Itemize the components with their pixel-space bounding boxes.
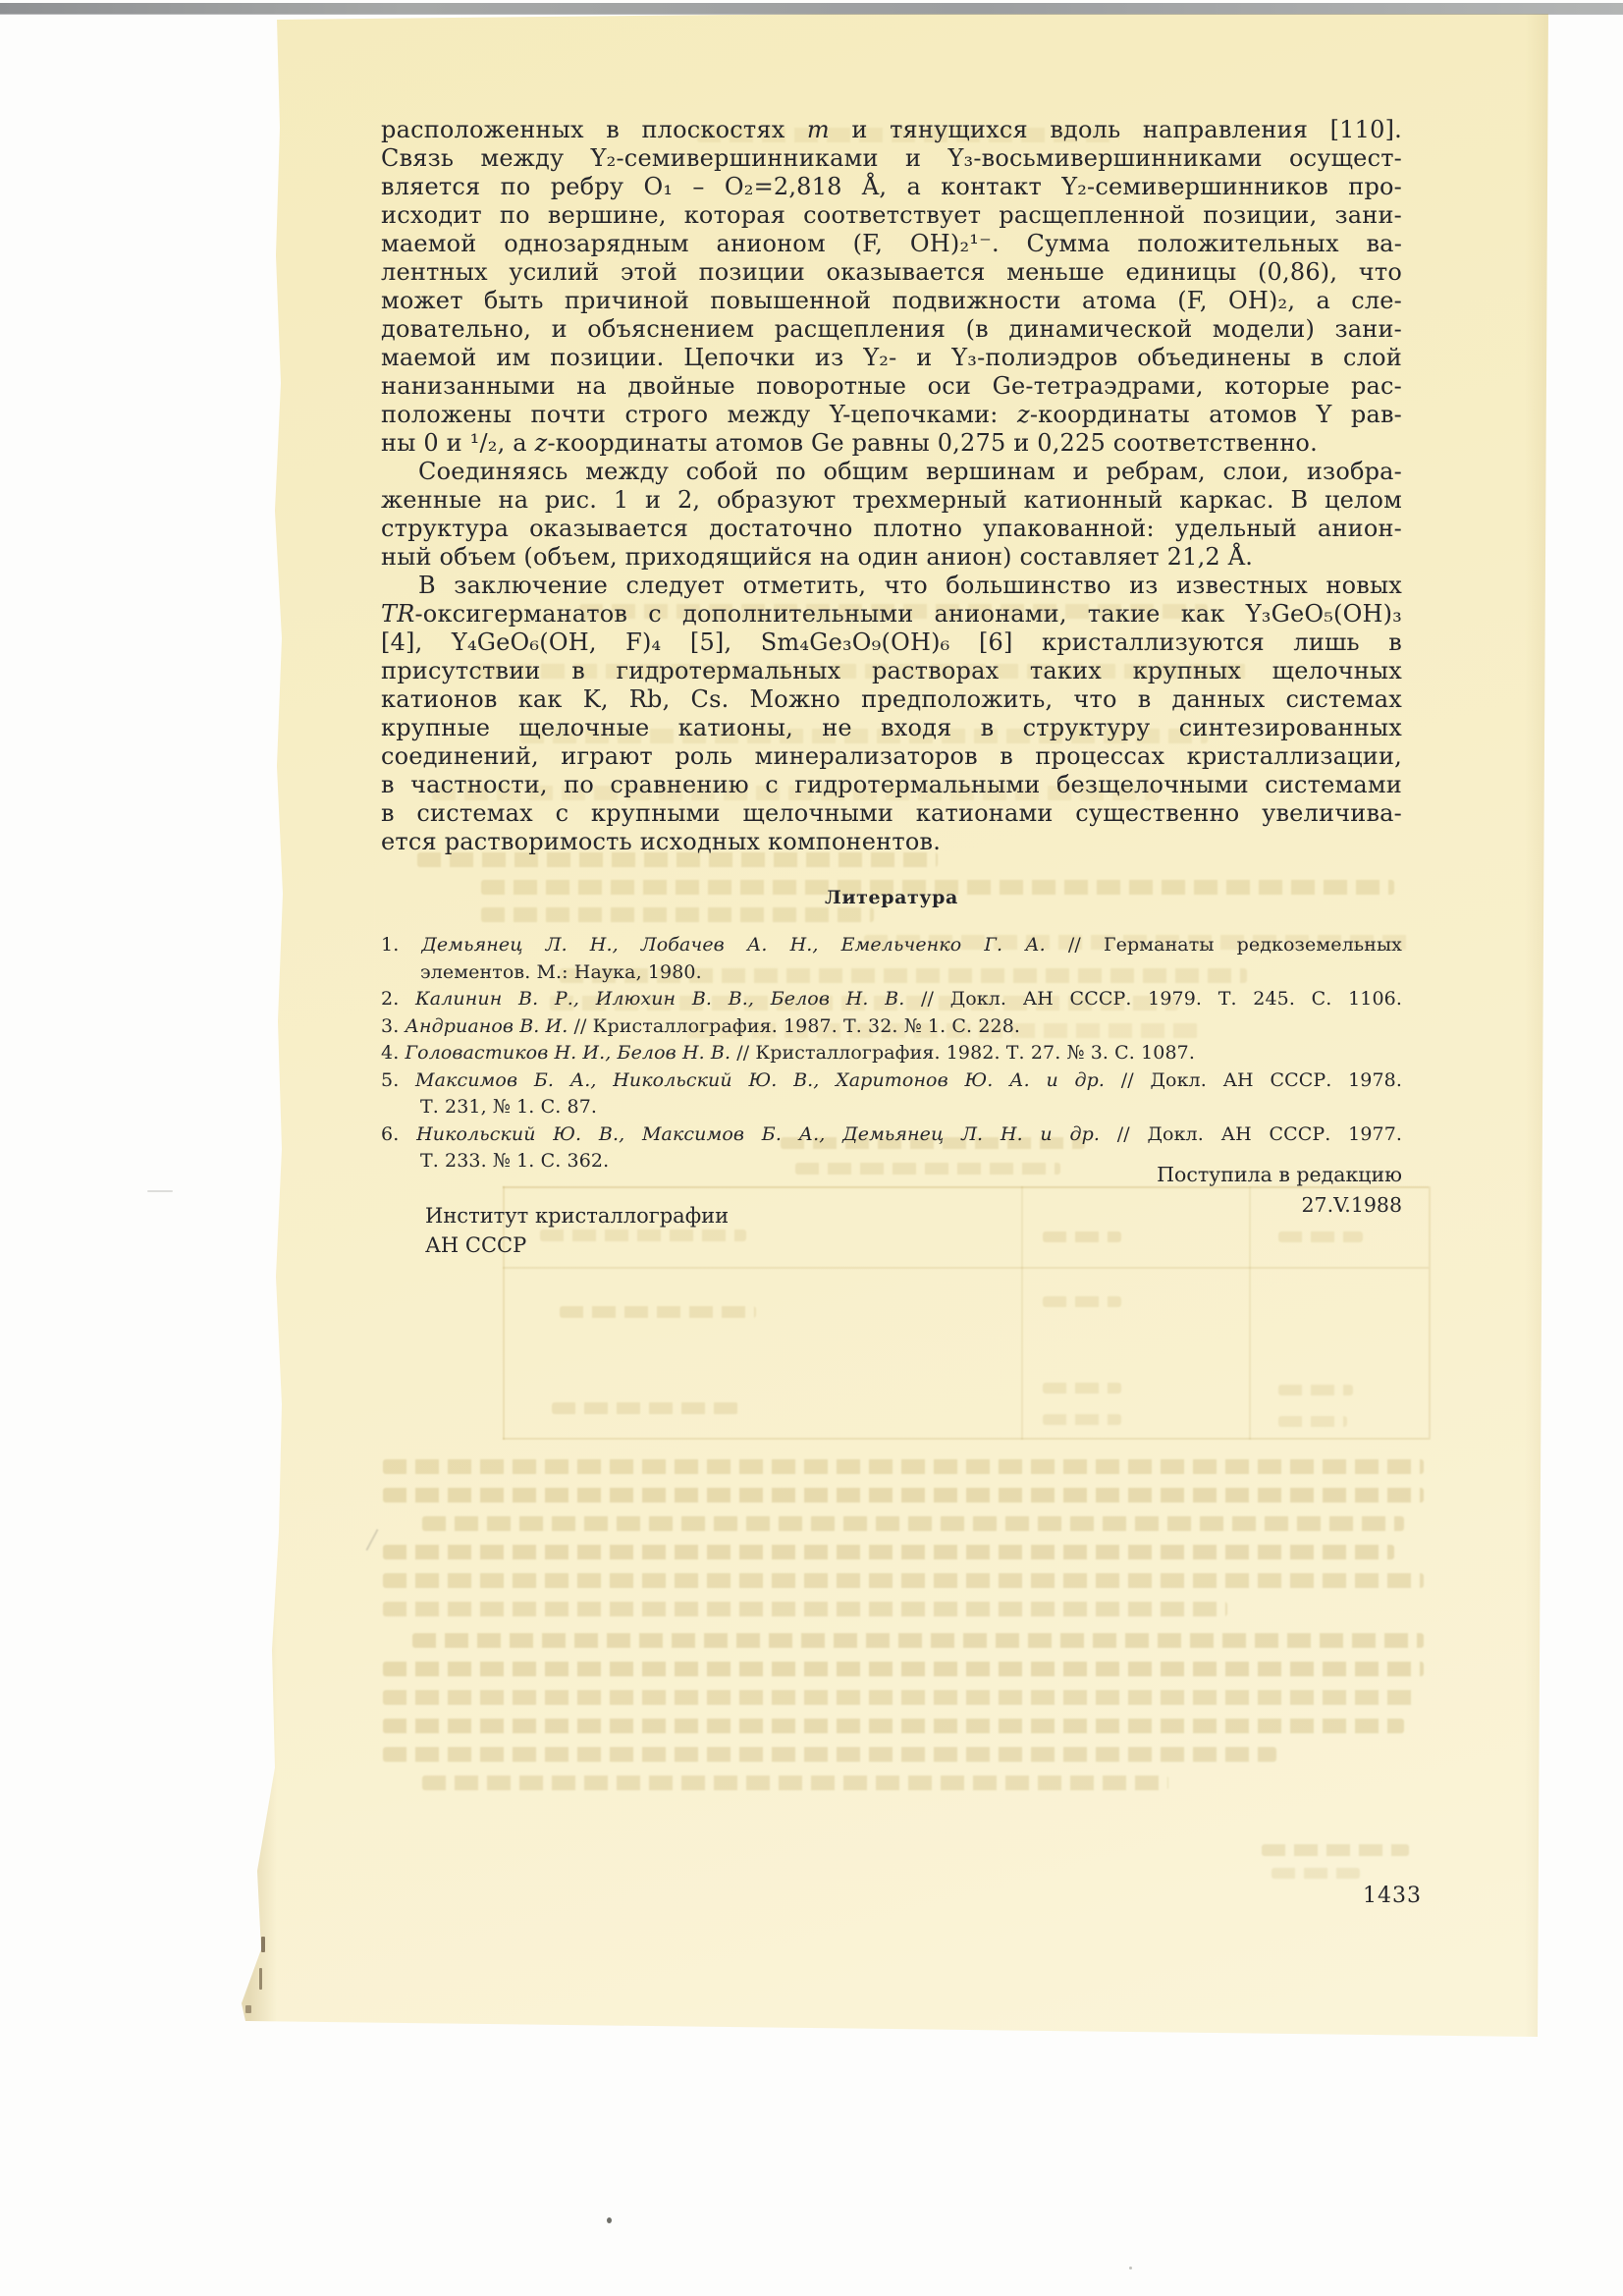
- bleed-through-line: [383, 1719, 1404, 1733]
- body-line: присутствии в гидротермальных растворах …: [381, 657, 1402, 685]
- table-bleed-line: [503, 1267, 1429, 1269]
- bleed-through-line: [552, 1402, 738, 1414]
- body-line: ный объем (объем, приходящийся на один а…: [381, 543, 1402, 572]
- received-label: Поступила в редакцию: [1157, 1160, 1402, 1190]
- body-line: маемой им позиции. Цепочки из Y₂- и Y₃-п…: [381, 344, 1402, 372]
- body-line: катионов как K, Rb, Cs. Можно предположи…: [381, 685, 1402, 714]
- article-body: расположенных в плоскостях m и тянущихся…: [381, 116, 1402, 856]
- scanner-edge-bar: [0, 3, 1623, 14]
- received-stamp: Поступила в редакцию 27.V.1988: [1157, 1160, 1402, 1221]
- scan-speck: [147, 1190, 173, 1192]
- body-line: вляется по ребру O₁ – O₂=2,818 Å, а конт…: [381, 173, 1402, 201]
- bleed-through-line: [1278, 1385, 1353, 1395]
- body-line: расположенных в плоскостях m и тянущихся…: [381, 116, 1402, 144]
- bleed-through-line: [383, 1488, 1424, 1503]
- body-line: может быть причиной повышенной подвижнос…: [381, 287, 1402, 315]
- reference-line: 4. Головастиков Н. И., Белов Н. В. // Кр…: [381, 1040, 1402, 1067]
- bleed-through-line: [422, 1516, 1404, 1531]
- bleed-through-line: [481, 907, 874, 922]
- bleed-through-line: [1271, 1868, 1360, 1879]
- body-line: соединений, играют роль минерализаторов …: [381, 742, 1402, 771]
- bleed-through-line: [1278, 1231, 1363, 1242]
- page-edge-chip: [259, 1968, 262, 1990]
- body-line: крупные щелочные катионы, не входя в стр…: [381, 714, 1402, 742]
- body-line: маемой однозарядным анионом (F, OH)₂¹⁻. …: [381, 230, 1402, 258]
- body-line: Связь между Y₂-семивершинниками и Y₃-вос…: [381, 144, 1402, 173]
- bleed-through-line: [383, 1662, 1424, 1676]
- table-bleed-line: [1429, 1186, 1431, 1440]
- scan-speck: [607, 2217, 612, 2223]
- page-edge-chip: [273, 94, 276, 120]
- references-heading: Литература: [381, 887, 1402, 908]
- reference-line: Т. 231, № 1. С. 87.: [381, 1094, 1402, 1121]
- page-edge-chip: [271, 147, 273, 187]
- bleed-through-line: [383, 1545, 1394, 1559]
- body-line: ны 0 и ¹/₂, а z-координаты атомов Ge рав…: [381, 429, 1402, 458]
- page-edge-chip: [245, 2005, 251, 2013]
- bleed-through-line: [383, 1602, 1227, 1616]
- page-edge-chip: [261, 1937, 265, 1952]
- table-bleed-line: [1249, 1186, 1251, 1440]
- body-line: довательно, и объяснением расщепления (в…: [381, 315, 1402, 344]
- bleed-through-line: [422, 1776, 1168, 1790]
- body-line: исходит по вершине, которая соответствуе…: [381, 201, 1402, 230]
- scanned-document: расположенных в плоскостях m и тянущихся…: [0, 0, 1623, 2296]
- bleed-through-line: [383, 1573, 1424, 1588]
- bleed-through-line: [383, 1690, 1414, 1705]
- reference-line: 2. Калинин В. Р., Илюхин В. В., Белов Н.…: [381, 986, 1402, 1013]
- body-line: Соединяясь между собой по общим вершинам…: [381, 458, 1402, 486]
- body-line: TR-оксигерманатов с дополнительными анио…: [381, 600, 1402, 629]
- body-line: нанизанными на двойные поворотные оси Ge…: [381, 372, 1402, 401]
- bleed-through-line: [383, 1459, 1424, 1474]
- table-bleed-line: [1021, 1186, 1023, 1440]
- bleed-through-line: [560, 1306, 756, 1318]
- body-line: лентных усилий этой позиции оказывается …: [381, 258, 1402, 287]
- reference-line: 1. Демьянец Л. Н., Лобачев А. Н., Емельч…: [381, 932, 1402, 959]
- institute-affiliation: Институт кристаллографии АН СССР: [425, 1201, 729, 1260]
- pencil-mark: [365, 1529, 378, 1551]
- body-line: в системах с крупными щелочными катионам…: [381, 799, 1402, 828]
- page-number: 1433: [1314, 1884, 1422, 1908]
- reference-line: элементов. М.: Наука, 1980.: [381, 959, 1402, 987]
- bleed-through-line: [1262, 1844, 1409, 1856]
- journal-page: расположенных в плоскостях m и тянущихся…: [236, 0, 1556, 2043]
- bleed-through-line: [1043, 1383, 1121, 1394]
- body-line: структура оказывается достаточно плотно …: [381, 515, 1402, 543]
- bleed-through-line: [1043, 1414, 1121, 1425]
- scan-speck: [1129, 2267, 1132, 2269]
- body-line: положены почти строго между Y-цепочками:…: [381, 401, 1402, 429]
- reference-line: 5. Максимов Б. А., Никольский Ю. В., Хар…: [381, 1067, 1402, 1095]
- bleed-through-line: [412, 1633, 1424, 1648]
- received-date: 27.V.1988: [1157, 1190, 1402, 1221]
- institute-line: Институт кристаллографии: [425, 1201, 729, 1230]
- body-line: [4], Y₄GeO₆(OH, F)₄ [5], Sm₄Ge₃O₉(OH)₆ […: [381, 629, 1402, 657]
- reference-line: 6. Никольский Ю. В., Максимов Б. А., Дем…: [381, 1121, 1402, 1149]
- bleed-through-line: [1278, 1416, 1347, 1427]
- references-list: 1. Демьянец Л. Н., Лобачев А. Н., Емельч…: [381, 932, 1402, 1175]
- body-line: В заключение следует отметить, что больш…: [381, 572, 1402, 600]
- bleed-through-line: [1043, 1296, 1121, 1307]
- body-line: в частности, по сравнению с гидротермаль…: [381, 771, 1402, 799]
- bleed-through-line: [1043, 1231, 1121, 1242]
- body-line: ется растворимость исходных компонентов.: [381, 828, 1402, 856]
- institute-line: АН СССР: [425, 1230, 729, 1260]
- reference-line: 3. Андрианов В. И. // Кристаллография. 1…: [381, 1013, 1402, 1041]
- body-line: женные на рис. 1 и 2, образуют трехмерны…: [381, 486, 1402, 515]
- table-bleed-line: [503, 1438, 1429, 1440]
- bleed-through-line: [383, 1747, 1276, 1762]
